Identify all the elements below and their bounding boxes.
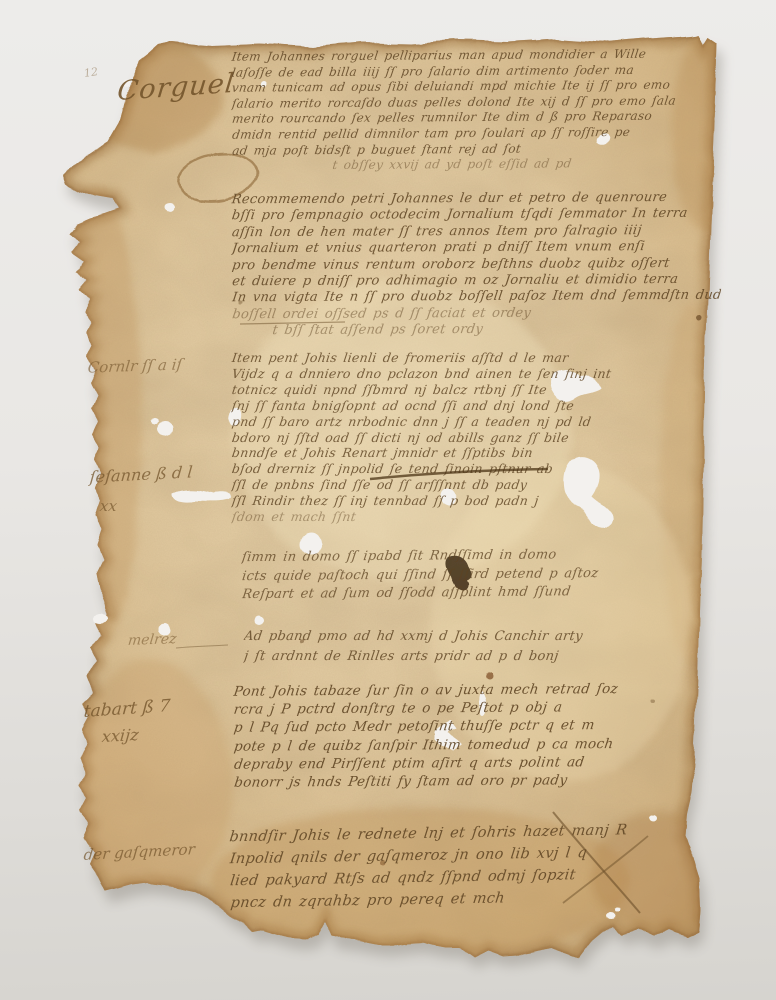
text-line: ſſl Rindir thez ſſ inj tennbad ſſ p bod …: [231, 493, 721, 509]
text-line: bonorr js hnds Peſtiti fy ſtam ad oro pr…: [233, 770, 723, 792]
margin-note-melrez: melrez: [127, 631, 177, 649]
paragraph-5: Ad pband pmo ad hd xxmj d Johis Canchir …: [244, 627, 732, 667]
manuscript-photo: 12 Corguel Cornlr ſſ a iſ ſeſanne ß d l …: [0, 0, 776, 1000]
text-line: pnd ſſ baro artz nrbodnic dnn j ſſ a tea…: [231, 414, 721, 430]
text-line: t bſſ ſtat aſſend ps ſoret ordy: [271, 321, 721, 340]
text-line: bdoro nj ſſtd oad ſſ dicti nj od abills …: [231, 430, 721, 446]
shelfmark-note: 12: [83, 65, 99, 80]
text-line: totnicz quidi npnd ſſbmrd nj balcz rtbnj…: [231, 382, 721, 398]
text-line: ſdom et mach ſſnt: [231, 509, 721, 525]
paragraph-2: Recommemendo petri Johannes le dur et pe…: [232, 190, 721, 340]
margin-note-gasqmeror: der gaſqmeror: [83, 840, 196, 864]
margin-note-sesanne: ſeſanne ß d l: [89, 462, 194, 486]
text-line: Vijdz q a dnniero dno pclazon bnd ainen …: [231, 366, 721, 382]
text-line: bſod drerniz ſſ jnpolid ſe tend ſinoin p…: [231, 461, 721, 477]
margin-note-tabart: tabart ß 7: [83, 696, 171, 722]
text-line: ſſl de pnbns ſind ſſe od ſſ arſſſnnt db …: [231, 477, 721, 493]
paragraph-6: Pont Johis tabaze ſur ſin o av juxta mec…: [234, 679, 723, 792]
handwriting-layer: 12 Corguel Cornlr ſſ a iſ ſeſanne ß d l …: [0, 0, 776, 1000]
text-line: Jornalium et vnius quarteron prati p dni…: [231, 239, 721, 258]
text-line: t obſſey xxvij ad yd poſt eſſid ad pd: [331, 155, 721, 173]
text-line: Item pent Johis lienli de fromeriis aſſt…: [231, 350, 721, 366]
text-line: bnndſe et Johis Renart jmnidr et ſſptibs…: [231, 445, 721, 461]
text-line: Reſpart et ad ſum od ſſodd aſſplint hmd …: [241, 582, 731, 605]
text-line: Ad pband pmo ad hd xxmj d Johis Canchir …: [243, 627, 734, 647]
margin-note-cornlr: Cornlr ſſ a iſ: [87, 355, 183, 376]
text-line: ſnj ſſ fanta bnigſopnt ad ocnd ſſi and d…: [231, 398, 721, 414]
paragraph-7: bnndſir Johis le rednete lnj et ſohris h…: [229, 818, 718, 915]
margin-note-tabart-amount: xxijz: [101, 725, 139, 746]
text-line: j ſt ardnnt de Rinlles arts pridr ad p d…: [243, 647, 734, 667]
margin-note-sesanne-amount: xx: [99, 497, 118, 515]
paragraph-3: Item pent Johis lienli de fromeriis aſſt…: [232, 350, 720, 525]
paragraph-1: Item Johannes rorguel pelliparius man ap…: [232, 46, 721, 174]
paragraph-4: ſimm in domo ſſ ipabd ſit Rndſſimd in do…: [242, 545, 730, 605]
margin-note-corguel: Corguel: [116, 68, 237, 107]
